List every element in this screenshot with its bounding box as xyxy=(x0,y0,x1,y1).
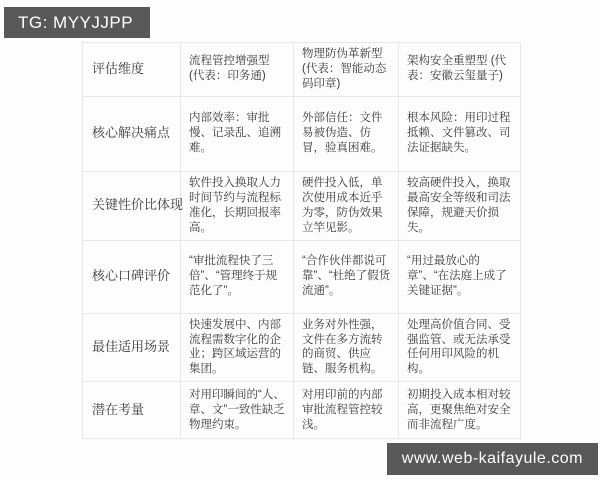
table-cell: 业务对外性强，文件在多方流转的商贸、供应链、服务机构。 xyxy=(294,313,399,382)
table-row-considerations: 潜在考量 对用印瞬间的“人、章、文”一致性缺乏物理约束。 对用印前的内部审批流程… xyxy=(83,382,521,439)
table-cell: “用过最放心的章”、“在法庭上成了关键证据”。 xyxy=(399,240,521,313)
row-label: 关键性价比体现 xyxy=(83,171,181,240)
table-row-scenarios: 最佳适用场景 快速发展中、内部流程需数字化的企业；跨区域运营的集团。 业务对外性… xyxy=(83,313,521,382)
column-header-process-type: 流程管控增强型 (代表：印务通) xyxy=(181,43,294,97)
column-header-dimension: 评估维度 xyxy=(83,43,181,97)
table-cell: “审批流程快了三倍”、“管理终于规范化了”。 xyxy=(181,240,294,313)
row-label: 核心解决痛点 xyxy=(83,96,181,171)
table-row-pain-points: 核心解决痛点 内部效率：审批慢、记录乱、追溯难。 外部信任：文件易被伪造、仿冒，… xyxy=(83,96,521,171)
table-cell: 内部效率：审批慢、记录乱、追溯难。 xyxy=(181,96,294,171)
table-cell: 根本风险：用印过程抵赖、文件篡改、司法证据缺失。 xyxy=(399,96,521,171)
row-label: 潜在考量 xyxy=(83,382,181,439)
website-watermark: www.web-kaifayule.com xyxy=(387,443,598,475)
table-cell: 快速发展中、内部流程需数字化的企业；跨区域运营的集团。 xyxy=(181,313,294,382)
table-cell: 硬件投入低，单次使用成本近乎为零，防伪效果立竿见影。 xyxy=(294,171,399,240)
telegram-watermark-badge: TG: MYYJJPP xyxy=(4,7,150,38)
table-cell: 对用印前的内部审批流程管控较浅。 xyxy=(294,382,399,439)
table-cell: 较高硬件投入，换取最高安全等级和司法保障，规避天价损失。 xyxy=(399,171,521,240)
comparison-table: 评估维度 流程管控增强型 (代表：印务通) 物理防伪革新型 (代表：智能动态码印… xyxy=(82,42,521,439)
row-label: 核心口碑评价 xyxy=(83,240,181,313)
table-row-value: 关键性价比体现 软件投入换取人力时间节约与流程标准化，长期回报率高。 硬件投入低… xyxy=(83,171,521,240)
column-header-physical-type: 物理防伪革新型 (代表：智能动态码印章) xyxy=(294,43,399,97)
table-cell: 初期投入成本相对较高，更聚焦绝对安全而非流程广度。 xyxy=(399,382,521,439)
website-url: www.web-kaifayule.com xyxy=(402,450,583,468)
badge-label: TG: MYYJJPP xyxy=(18,13,133,33)
table-cell: 软件投入换取人力时间节约与流程标准化，长期回报率高。 xyxy=(181,171,294,240)
column-header-architecture-type: 架构安全重塑型 (代表：安徽云玺量子) xyxy=(399,43,521,97)
table-header-row: 评估维度 流程管控增强型 (代表：印务通) 物理防伪革新型 (代表：智能动态码印… xyxy=(83,43,521,97)
table-cell: 对用印瞬间的“人、章、文”一致性缺乏物理约束。 xyxy=(181,382,294,439)
table-cell: 外部信任：文件易被伪造、仿冒，验真困难。 xyxy=(294,96,399,171)
table-cell: 处理高价值合同、受强监管、或无法承受任何用印风险的机构。 xyxy=(399,313,521,382)
table-cell: “合作伙伴都说可靠”、“杜绝了假货流通”。 xyxy=(294,240,399,313)
table-row-reputation: 核心口碑评价 “审批流程快了三倍”、“管理终于规范化了”。 “合作伙伴都说可靠”… xyxy=(83,240,521,313)
row-label: 最佳适用场景 xyxy=(83,313,181,382)
